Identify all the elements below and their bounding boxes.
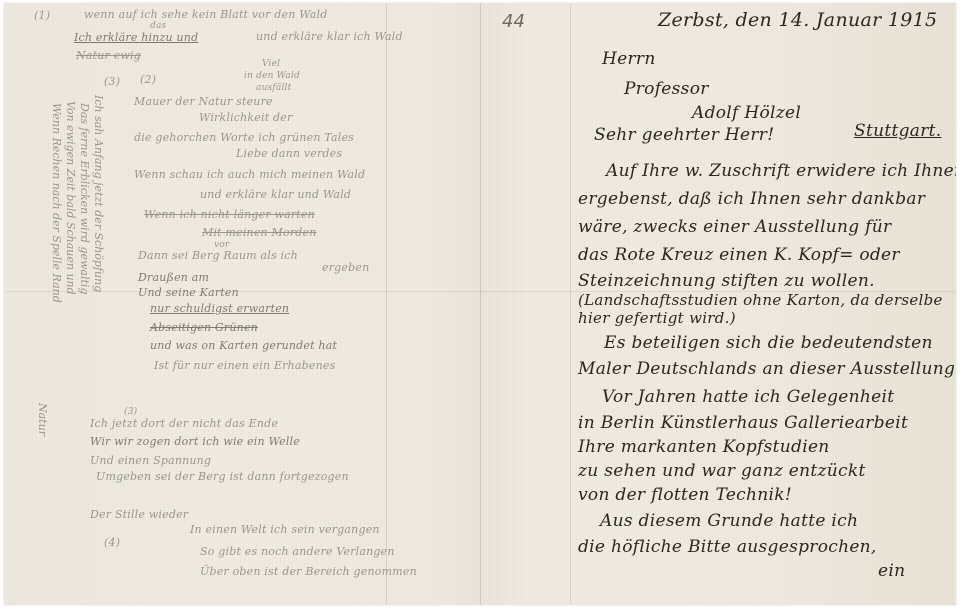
pencil-line: und was on Karten gerundet hat xyxy=(150,339,337,352)
letter-line: ein xyxy=(878,561,905,581)
section-label: (2) xyxy=(140,73,156,86)
pencil-line: Mit meinen Morden xyxy=(202,226,317,239)
letter-line: Aus diesem Grunde hatte ich xyxy=(600,511,858,531)
letter-line: Auf Ihre w. Zuschrift erwidere ich Ihnen xyxy=(606,161,956,181)
pencil-line: Und seine Karten xyxy=(138,286,239,299)
letter-line: Vor Jahren hatte ich Gelegenheit xyxy=(602,387,894,407)
pencil-line: So gibt es noch andere Verlangen xyxy=(200,545,395,558)
letter-line: Maler Deutschlands an dieser Ausstellung… xyxy=(578,359,956,379)
left-page-pencil-drafts: (1) wenn auf ich sehe kein Blatt vor den… xyxy=(4,3,480,605)
vertical-pencil-line: Das ferne Erblicken wird gewaltig xyxy=(78,103,91,295)
pencil-line: Ich jetzt dort der nicht das Ende xyxy=(90,417,278,430)
pencil-insertion: in den Wald xyxy=(244,71,300,81)
pencil-line: Der Stille wieder xyxy=(90,508,188,521)
section-label: (4) xyxy=(104,536,120,549)
right-page-letter: 44 Zerbst, den 14. Januar 1915 Herrn Pro… xyxy=(482,3,956,605)
section-label: (3) xyxy=(104,75,120,88)
pencil-insertion: das xyxy=(150,21,166,31)
letter-line: zu sehen und war ganz entzückt xyxy=(578,461,866,481)
pencil-line: Wir wir zogen dort ich wie ein Welle xyxy=(90,435,300,448)
recipient-line: Professor xyxy=(624,79,709,99)
pencil-line: Natur ewig xyxy=(76,49,141,62)
pencil-line: Draußen am xyxy=(138,271,209,284)
pencil-line: ergeben xyxy=(322,261,369,274)
pencil-line: Umgeben sei der Berg ist dann fortgezoge… xyxy=(96,470,349,483)
pencil-line: Und einen Spannung xyxy=(90,454,211,467)
letter-line: Ihre markanten Kopfstudien xyxy=(578,437,830,457)
pencil-line: und erkläre klar ich Wald xyxy=(256,30,403,43)
pencil-insertion: ausfällt xyxy=(256,83,291,93)
letter-line: von der flotten Technik! xyxy=(578,485,792,505)
pencil-line: wenn auf ich sehe kein Blatt vor den Wal… xyxy=(84,8,327,21)
salutation: Sehr geehrter Herr! xyxy=(594,125,774,145)
pencil-line: Ich erkläre hinzu und xyxy=(74,31,198,44)
letter-line: das Rote Kreuz einen K. Kopf= oder xyxy=(578,245,900,265)
pencil-insertion: Viel xyxy=(262,59,280,69)
vertical-pencil-line: Wenn Rechen nach der Spelle Rand xyxy=(50,103,63,303)
pencil-line: Ist für nur einen ein Erhabenes xyxy=(154,359,335,372)
pencil-line: Wirklichkeit der xyxy=(199,111,292,124)
pencil-line: Liebe dann verdes xyxy=(236,147,342,160)
recipient-line: Herrn xyxy=(602,49,656,69)
recipient-city: Stuttgart. xyxy=(854,121,941,141)
pencil-line: Dann sei Berg Raum als ich xyxy=(138,249,298,262)
section-label: (3) xyxy=(124,407,137,417)
pencil-line: Mauer der Natur steure xyxy=(134,95,273,108)
letter-line: (Landschaftsstudien ohne Karton, da ders… xyxy=(578,291,943,309)
pencil-line: Abseitigen Grünen xyxy=(150,321,258,334)
place-and-date: Zerbst, den 14. Januar 1915 xyxy=(658,9,937,31)
vertical-pencil-line: Natur xyxy=(36,403,49,436)
pencil-line: und erkläre klar und Wald xyxy=(200,188,351,201)
vertical-pencil-line: Ich sah Anfang jetzt der Schöpfung xyxy=(92,95,105,292)
vertical-pencil-line: Von ewigen Zeit bald Schauen und xyxy=(64,101,77,295)
letter-line: in Berlin Künstlerhaus Galleriearbeit xyxy=(578,413,908,433)
section-label: (1) xyxy=(34,9,50,22)
archive-page-number: 44 xyxy=(502,11,525,32)
letter-line: hier gefertigt wird.) xyxy=(578,309,736,327)
pencil-line: Wenn ich nicht länger warten xyxy=(144,208,315,221)
letter-line: wäre, zwecks einer Ausstellung für xyxy=(578,217,891,237)
letter-line: die höfliche Bitte ausgesprochen, xyxy=(578,537,877,557)
pencil-line: In einen Welt ich sein vergangen xyxy=(190,523,380,536)
pencil-line: Über oben ist der Bereich genommen xyxy=(200,565,417,578)
letter-sheet: (1) wenn auf ich sehe kein Blatt vor den… xyxy=(4,3,956,605)
pencil-line: Wenn schau ich auch mich meinen Wald xyxy=(134,168,365,181)
recipient-name: Adolf Hölzel xyxy=(692,103,801,123)
letter-line: Steinzeichnung stiften zu wollen. xyxy=(578,271,875,291)
letter-line: Es beteiligen sich die bedeutendsten xyxy=(604,333,933,353)
letter-line: ergebenst, daß ich Ihnen sehr dankbar xyxy=(578,189,925,209)
pencil-line: die gehorchen Worte ich grünen Tales xyxy=(134,131,354,144)
pencil-line: nur schuldigst erwarten xyxy=(150,302,289,315)
